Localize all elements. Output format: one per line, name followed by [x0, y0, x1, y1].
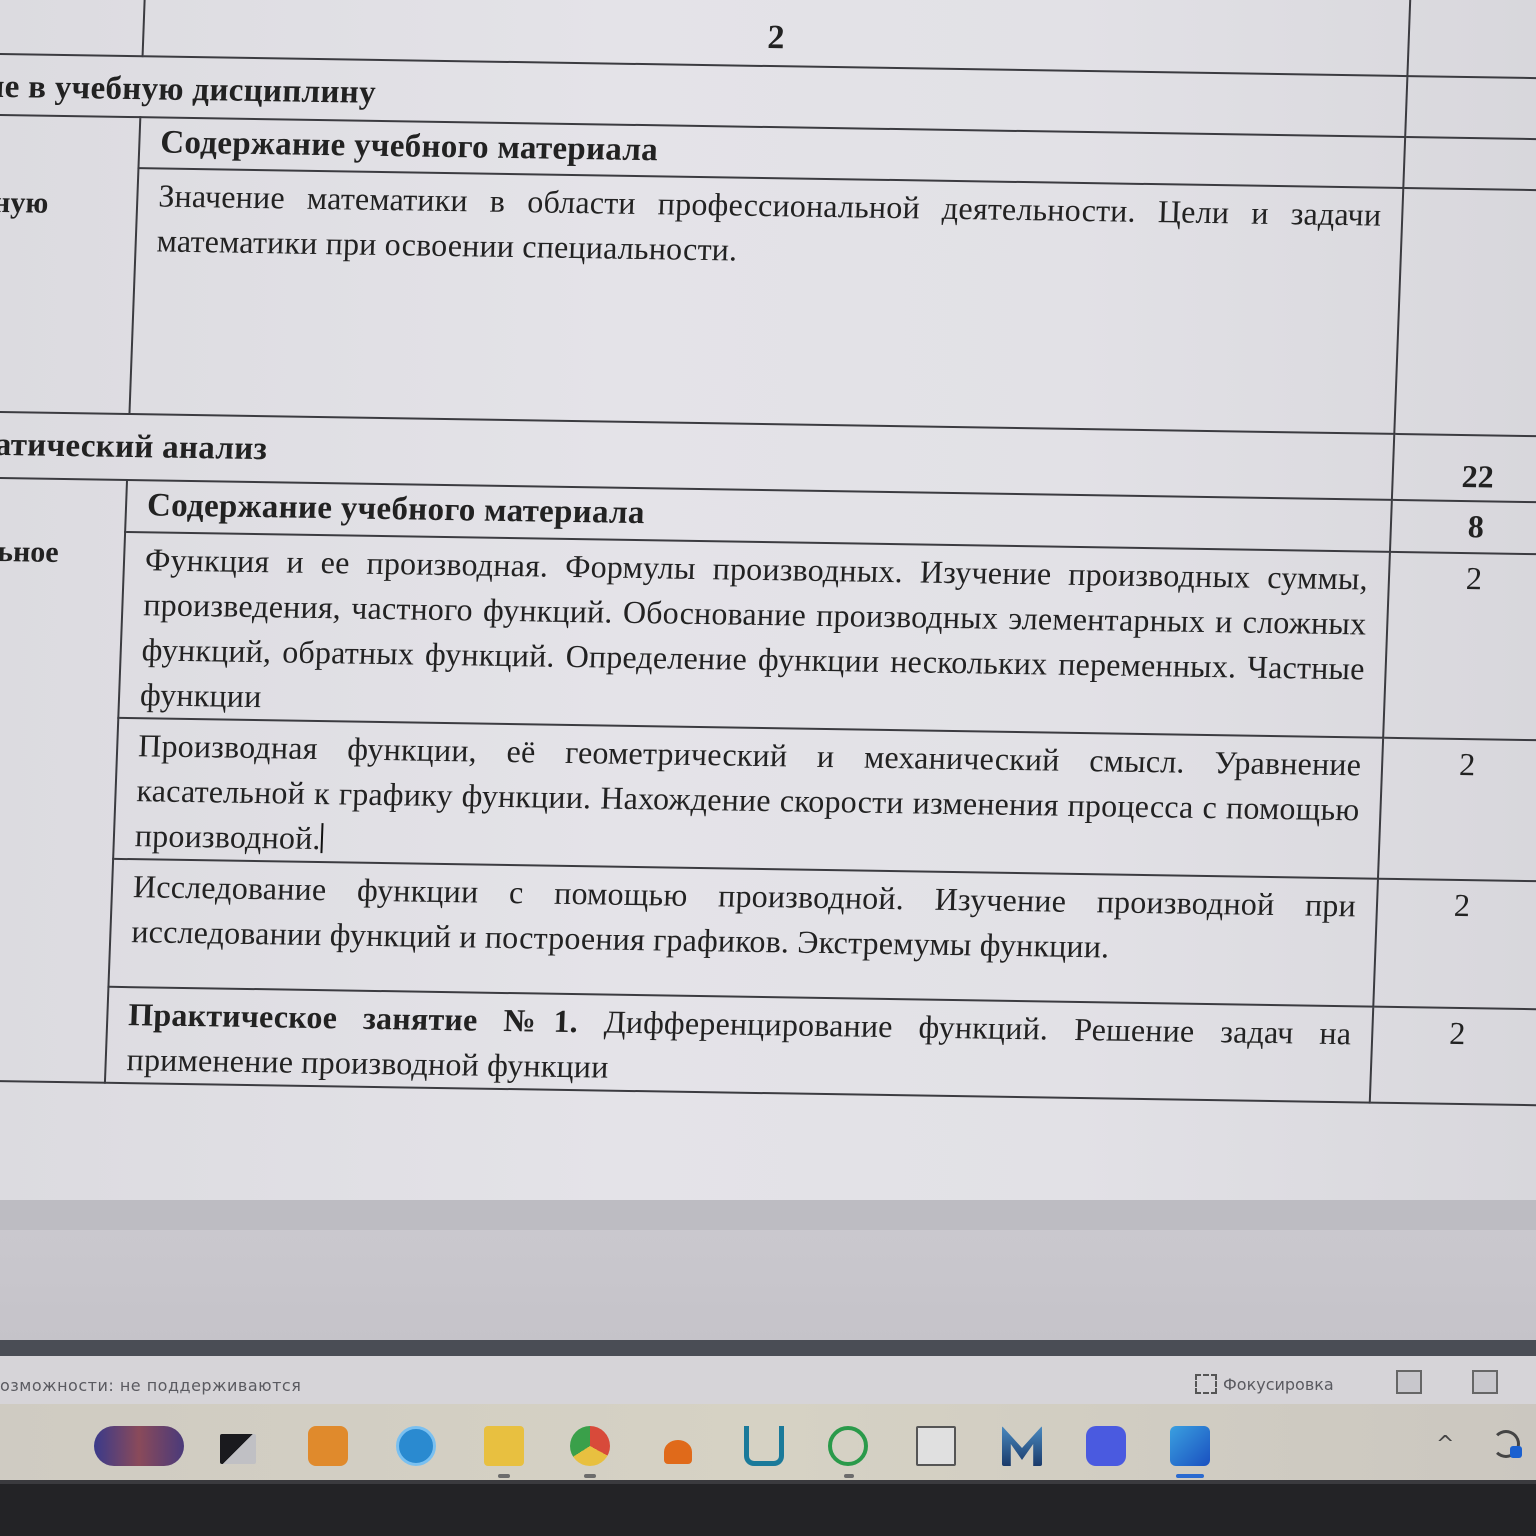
focus-icon — [1195, 1374, 1217, 1394]
focus-label: Фокусировка — [1223, 1375, 1334, 1394]
focus-mode-button[interactable]: Фокусировка — [1195, 1374, 1334, 1394]
curriculum-table: 2 ие в учебную дисциплину ную Содержание… — [0, 0, 1536, 1106]
topic-title[interactable]: ную — [0, 114, 140, 414]
table-row: Исследование функции с помощью производн… — [0, 856, 1536, 1010]
running-indicator — [584, 1474, 596, 1478]
content-text-value: Производная функции, её геометрический и… — [134, 727, 1361, 856]
cell-empty[interactable] — [0, 0, 146, 56]
running-indicator — [844, 1474, 854, 1478]
kompas-icon[interactable] — [396, 1426, 436, 1466]
tray-chevron-icon[interactable]: ^ — [1436, 1432, 1454, 1457]
read-mode-icon[interactable] — [1396, 1370, 1422, 1394]
content-text[interactable]: Значение математики в области профессион… — [129, 168, 1403, 434]
table-container: 2 ие в учебную дисциплину ную Содержание… — [0, 0, 1536, 1106]
content-hours[interactable]: 8 — [1390, 500, 1536, 555]
file-explorer-icon[interactable] — [484, 1426, 524, 1466]
messenger-icon[interactable] — [1086, 1426, 1126, 1466]
running-indicator — [498, 1474, 510, 1478]
print-layout-icon[interactable] — [1472, 1370, 1498, 1394]
task-view-icon[interactable] — [220, 1434, 256, 1464]
window-divider — [0, 1340, 1536, 1356]
row-hours[interactable]: 2 — [1370, 1007, 1536, 1106]
page-gap — [0, 1200, 1536, 1230]
content-text[interactable]: Функция и ее производная. Формулы произв… — [118, 532, 1390, 738]
lightscape-icon[interactable] — [916, 1426, 956, 1466]
screen: 2 ие в учебную дисциплину ную Содержание… — [0, 0, 1536, 1480]
content-text[interactable]: Исследование функции с помощью производн… — [108, 859, 1378, 1007]
row-hours[interactable]: 2 — [1373, 879, 1536, 1010]
table-row: Значение математики в области профессион… — [0, 165, 1536, 437]
cell-empty[interactable] — [1394, 188, 1536, 437]
cell-empty[interactable] — [1405, 76, 1536, 140]
row-hours[interactable]: 2 — [1383, 552, 1536, 741]
monitor-bezel — [0, 1484, 1536, 1536]
sync-status-dot — [1510, 1446, 1522, 1458]
content-text[interactable]: Практическое занятие №1. Дифференцирован… — [105, 987, 1373, 1103]
text-cursor — [320, 823, 323, 853]
visual-studio-icon[interactable] — [744, 1426, 784, 1466]
document-page[interactable]: 2 ие в учебную дисциплину ную Содержание… — [0, 0, 1536, 1200]
content-text[interactable]: Производная функции, её геометрический и… — [113, 718, 1383, 879]
taskbar: ^ — [0, 1404, 1536, 1480]
cell-empty[interactable] — [1403, 137, 1536, 191]
section-hours[interactable]: 22 — [1392, 434, 1536, 503]
table-row: Функция и ее производная. Формулы произв… — [0, 529, 1536, 741]
accessibility-status[interactable]: озможности: не поддерживаются — [0, 1376, 301, 1395]
practice-label: Практическое занятие №1. — [128, 996, 579, 1039]
whatsapp-icon[interactable] — [828, 1426, 868, 1466]
widgets-icon[interactable] — [94, 1426, 184, 1466]
chrome-icon[interactable] — [570, 1426, 610, 1466]
row-hours[interactable]: 2 — [1378, 738, 1536, 882]
active-indicator — [1176, 1474, 1204, 1478]
table-row: Производная функции, её геометрический и… — [0, 715, 1536, 882]
m-app-icon[interactable] — [1002, 1426, 1042, 1466]
cell-empty[interactable] — [1407, 0, 1536, 79]
vlc-icon[interactable] — [664, 1440, 692, 1464]
screenshot-tool-icon[interactable] — [308, 1426, 348, 1466]
status-bar: озможности: не поддерживаются Фокусировк… — [0, 1356, 1536, 1404]
word-icon[interactable] — [1170, 1426, 1210, 1466]
